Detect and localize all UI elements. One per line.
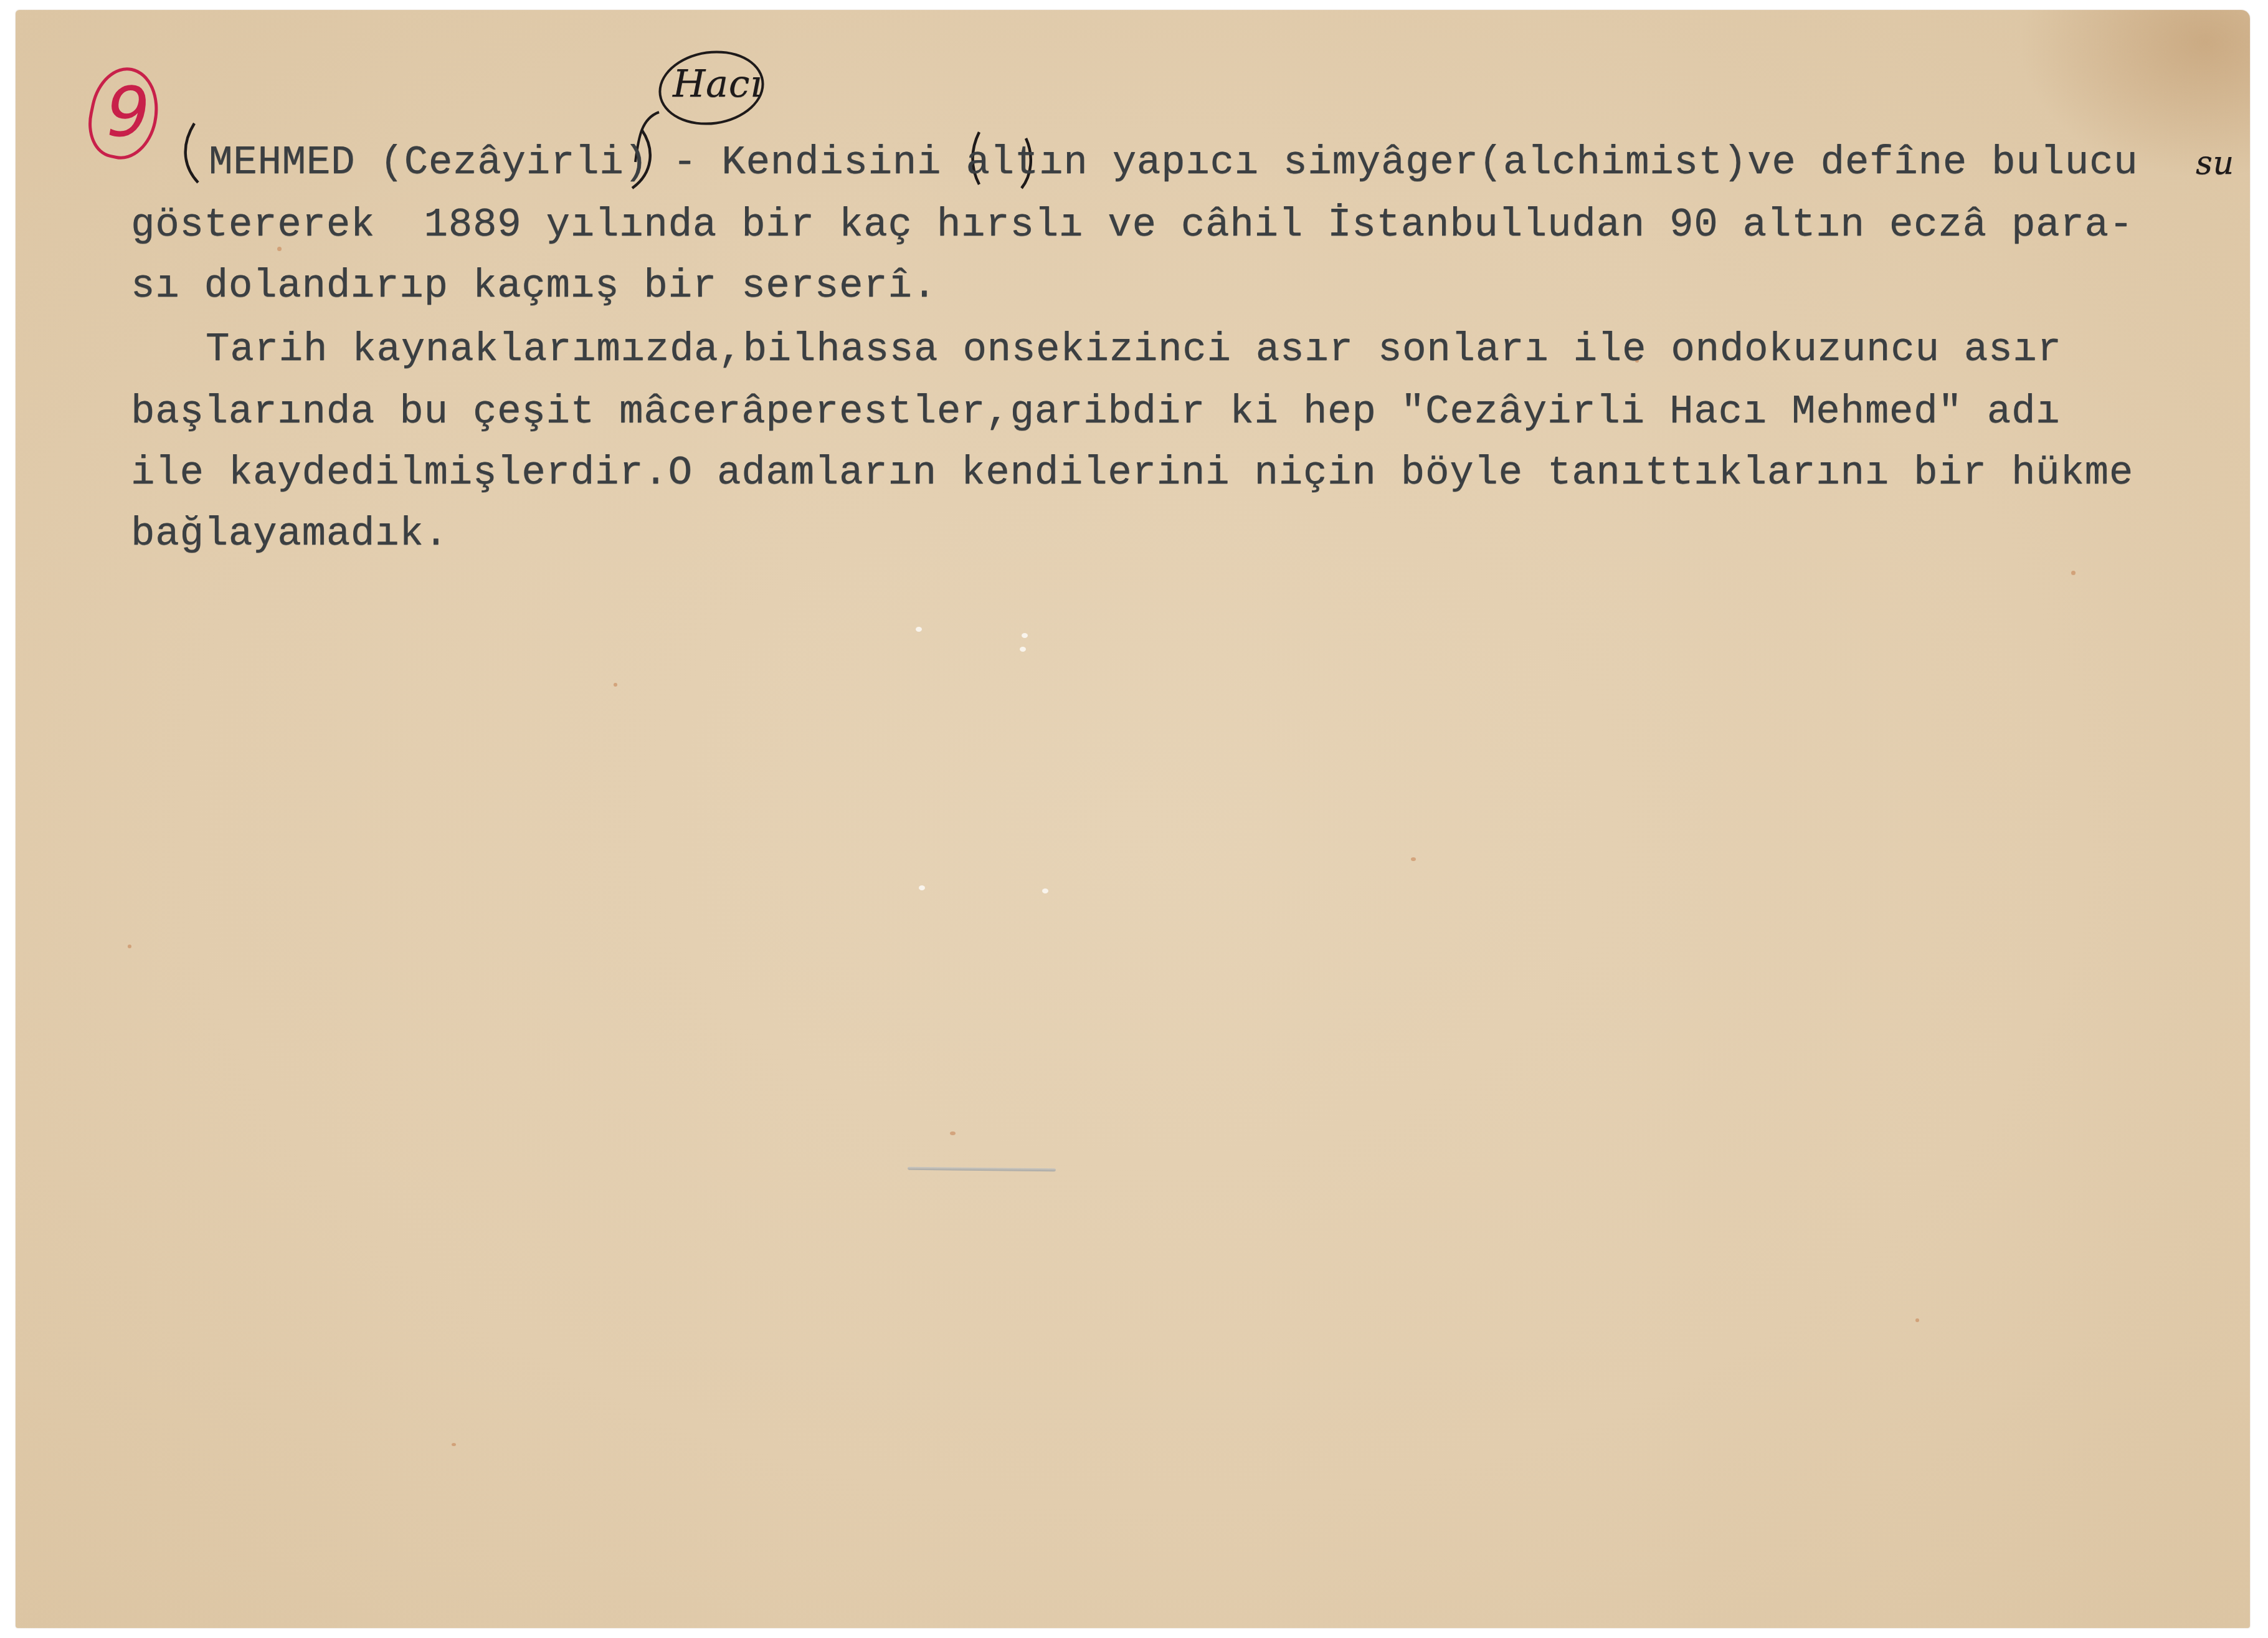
paragraph-1-line-2: göstererek 1889 yılında bir kaç hırslı v… — [131, 194, 2133, 257]
pinhole — [919, 885, 925, 890]
staple-mark — [908, 1167, 1056, 1171]
paper-speck — [1915, 1318, 1919, 1322]
paragraph-2-line-2: başlarında bu çeşit mâcerâperestler,gari… — [131, 381, 2060, 444]
paper-speck — [950, 1131, 956, 1135]
paper-speck — [452, 1443, 456, 1446]
paper-speck — [1411, 857, 1416, 861]
paragraph-1-line-1: MEHMED (Cezâyirli) - Kendisini altın yap… — [209, 132, 2138, 194]
paragraph-2-line-1: Tarih kaynaklarımızda,bilhassa onsekizin… — [206, 319, 2062, 381]
paper-speck — [614, 683, 617, 687]
paper-speck — [128, 945, 131, 948]
paragraph-1-line-3: sı dolandırıp kaçmış bir serserî. — [131, 255, 937, 318]
paper-speck — [2071, 571, 2076, 575]
pinhole — [1042, 888, 1048, 893]
pinhole — [1020, 647, 1026, 652]
paragraph-2-line-4: bağlayamadık. — [131, 503, 448, 566]
handwritten-suffix: su — [2196, 132, 2234, 194]
pinhole — [1022, 633, 1028, 638]
paragraph-2-line-3: ile kaydedilmişlerdir.O adamların kendil… — [131, 442, 2133, 505]
pinhole — [916, 627, 922, 632]
